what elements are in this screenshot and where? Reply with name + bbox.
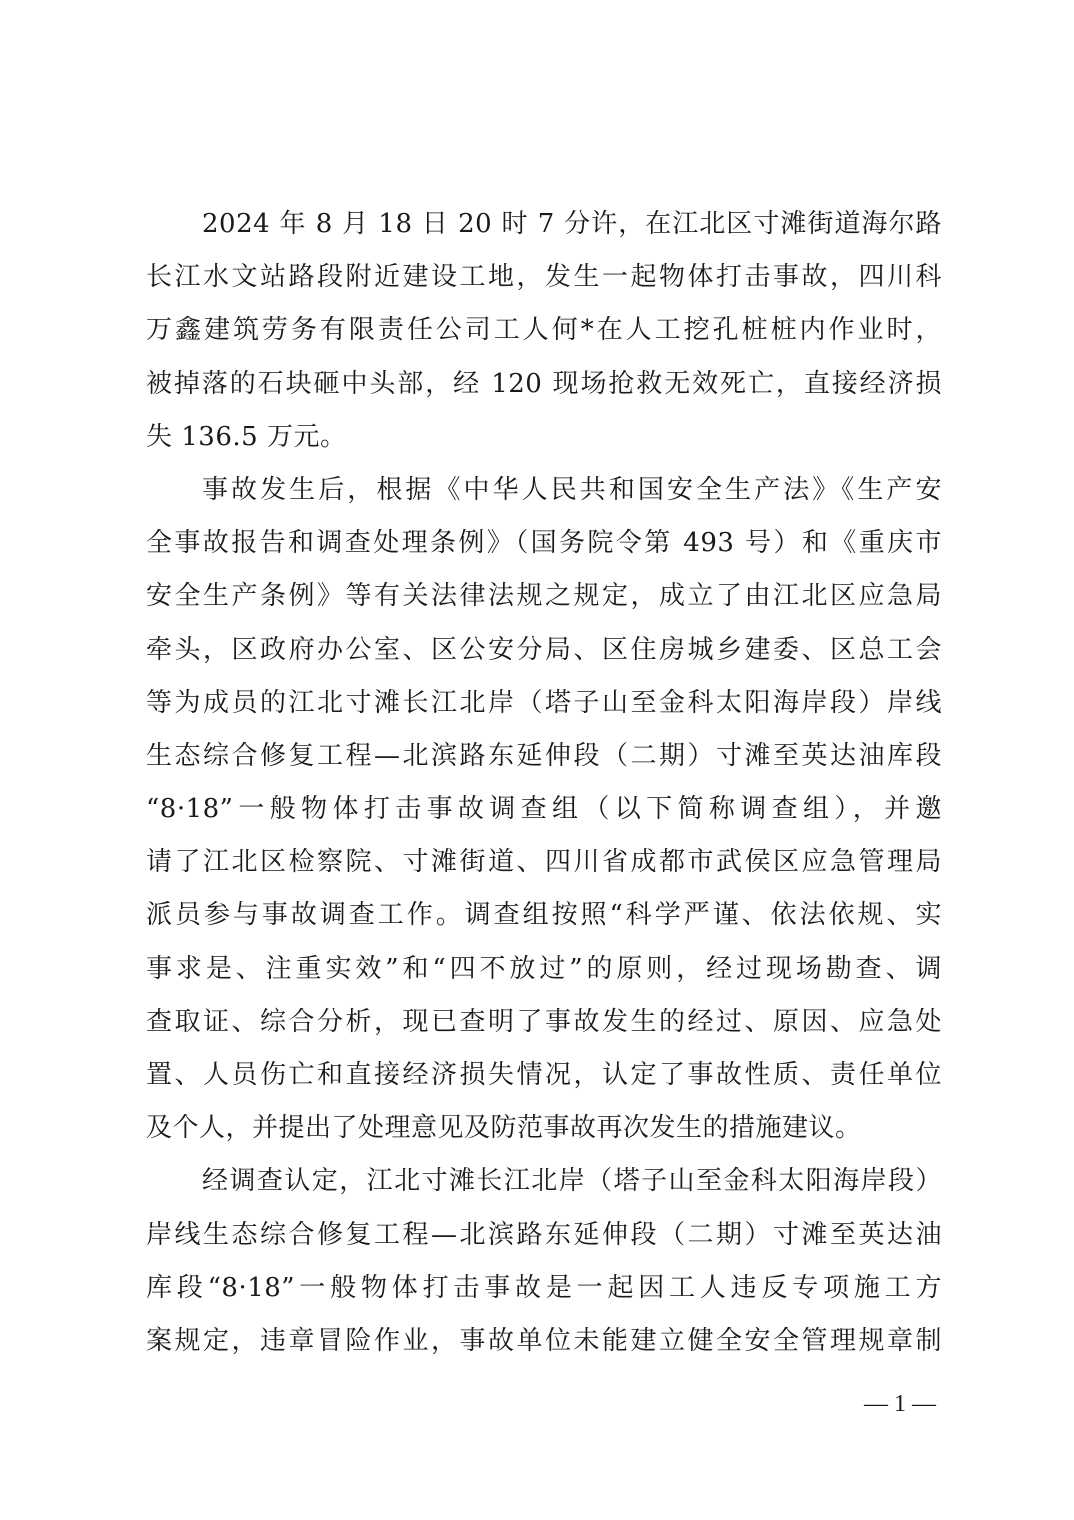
text-line: 案规定，违章冒险作业，事故单位未能建立健全安全管理规章制 [146, 1315, 942, 1368]
text-line: 事求是、注重实效”和“四不放过”的原则，经过现场勘查、调 [146, 943, 942, 996]
text-line: 等为成员的江北寸滩长江北岸（塔子山至金科太阳海岸段）岸线 [146, 677, 942, 730]
paragraph-1: 2024 年 8 月 18 日 20 时 7 分许，在江北区寸滩街道海尔路 长江… [146, 198, 942, 464]
text-line: 生态综合修复工程—北滨路东延伸段（二期）寸滩至英达油库段 [146, 730, 942, 783]
text-line: 及个人，并提出了处理意见及防范事故再次发生的措施建议。 [146, 1102, 942, 1155]
text-line: 失 136.5 万元。 [146, 411, 942, 464]
text-line: 查取证、综合分析，现已查明了事故发生的经过、原因、应急处 [146, 996, 942, 1049]
paragraph-2: 事故发生后，根据《中华人民共和国安全生产法》《生产安 全事故报告和调查处理条例》… [146, 464, 942, 1155]
page-number: — 1 — [850, 1389, 950, 1419]
text-line: 派员参与事故调查工作。调查组按照“科学严谨、依法依规、实 [146, 889, 942, 942]
paragraph-3: 经调查认定，江北寸滩长江北岸（塔子山至金科太阳海岸段） 岸线生态综合修复工程—北… [146, 1155, 942, 1368]
text-line: 长江水文站路段附近建设工地，发生一起物体打击事故，四川科 [146, 251, 942, 304]
text-line: 岸线生态综合修复工程—北滨路东延伸段（二期）寸滩至英达油 [146, 1209, 942, 1262]
text-line: 全事故报告和调查处理条例》（国务院令第 493 号）和《重庆市 [146, 517, 942, 570]
document-body: 2024 年 8 月 18 日 20 时 7 分许，在江北区寸滩街道海尔路 长江… [146, 198, 942, 1368]
text-line: “8·18”一般物体打击事故调查组（以下简称调查组），并邀 [146, 783, 942, 836]
text-line: 经调查认定，江北寸滩长江北岸（塔子山至金科太阳海岸段） [146, 1155, 942, 1208]
text-line: 请了江北区检察院、寸滩街道、四川省成都市武侯区应急管理局 [146, 836, 942, 889]
text-line: 置、人员伤亡和直接经济损失情况，认定了事故性质、责任单位 [146, 1049, 942, 1102]
text-line: 牵头，区政府办公室、区公安分局、区住房城乡建委、区总工会 [146, 624, 942, 677]
text-line: 事故发生后，根据《中华人民共和国安全生产法》《生产安 [146, 464, 942, 517]
document-page: 2024 年 8 月 18 日 20 时 7 分许，在江北区寸滩街道海尔路 长江… [0, 0, 1074, 1520]
text-line: 万鑫建筑劳务有限责任公司工人何*在人工挖孔桩桩内作业时， [146, 304, 942, 357]
text-line: 安全生产条例》等有关法律法规之规定，成立了由江北区应急局 [146, 570, 942, 623]
text-line: 被掉落的石块砸中头部，经 120 现场抢救无效死亡，直接经济损 [146, 358, 942, 411]
text-line: 2024 年 8 月 18 日 20 时 7 分许，在江北区寸滩街道海尔路 [146, 198, 942, 251]
text-line: 库段“8·18”一般物体打击事故是一起因工人违反专项施工方 [146, 1262, 942, 1315]
